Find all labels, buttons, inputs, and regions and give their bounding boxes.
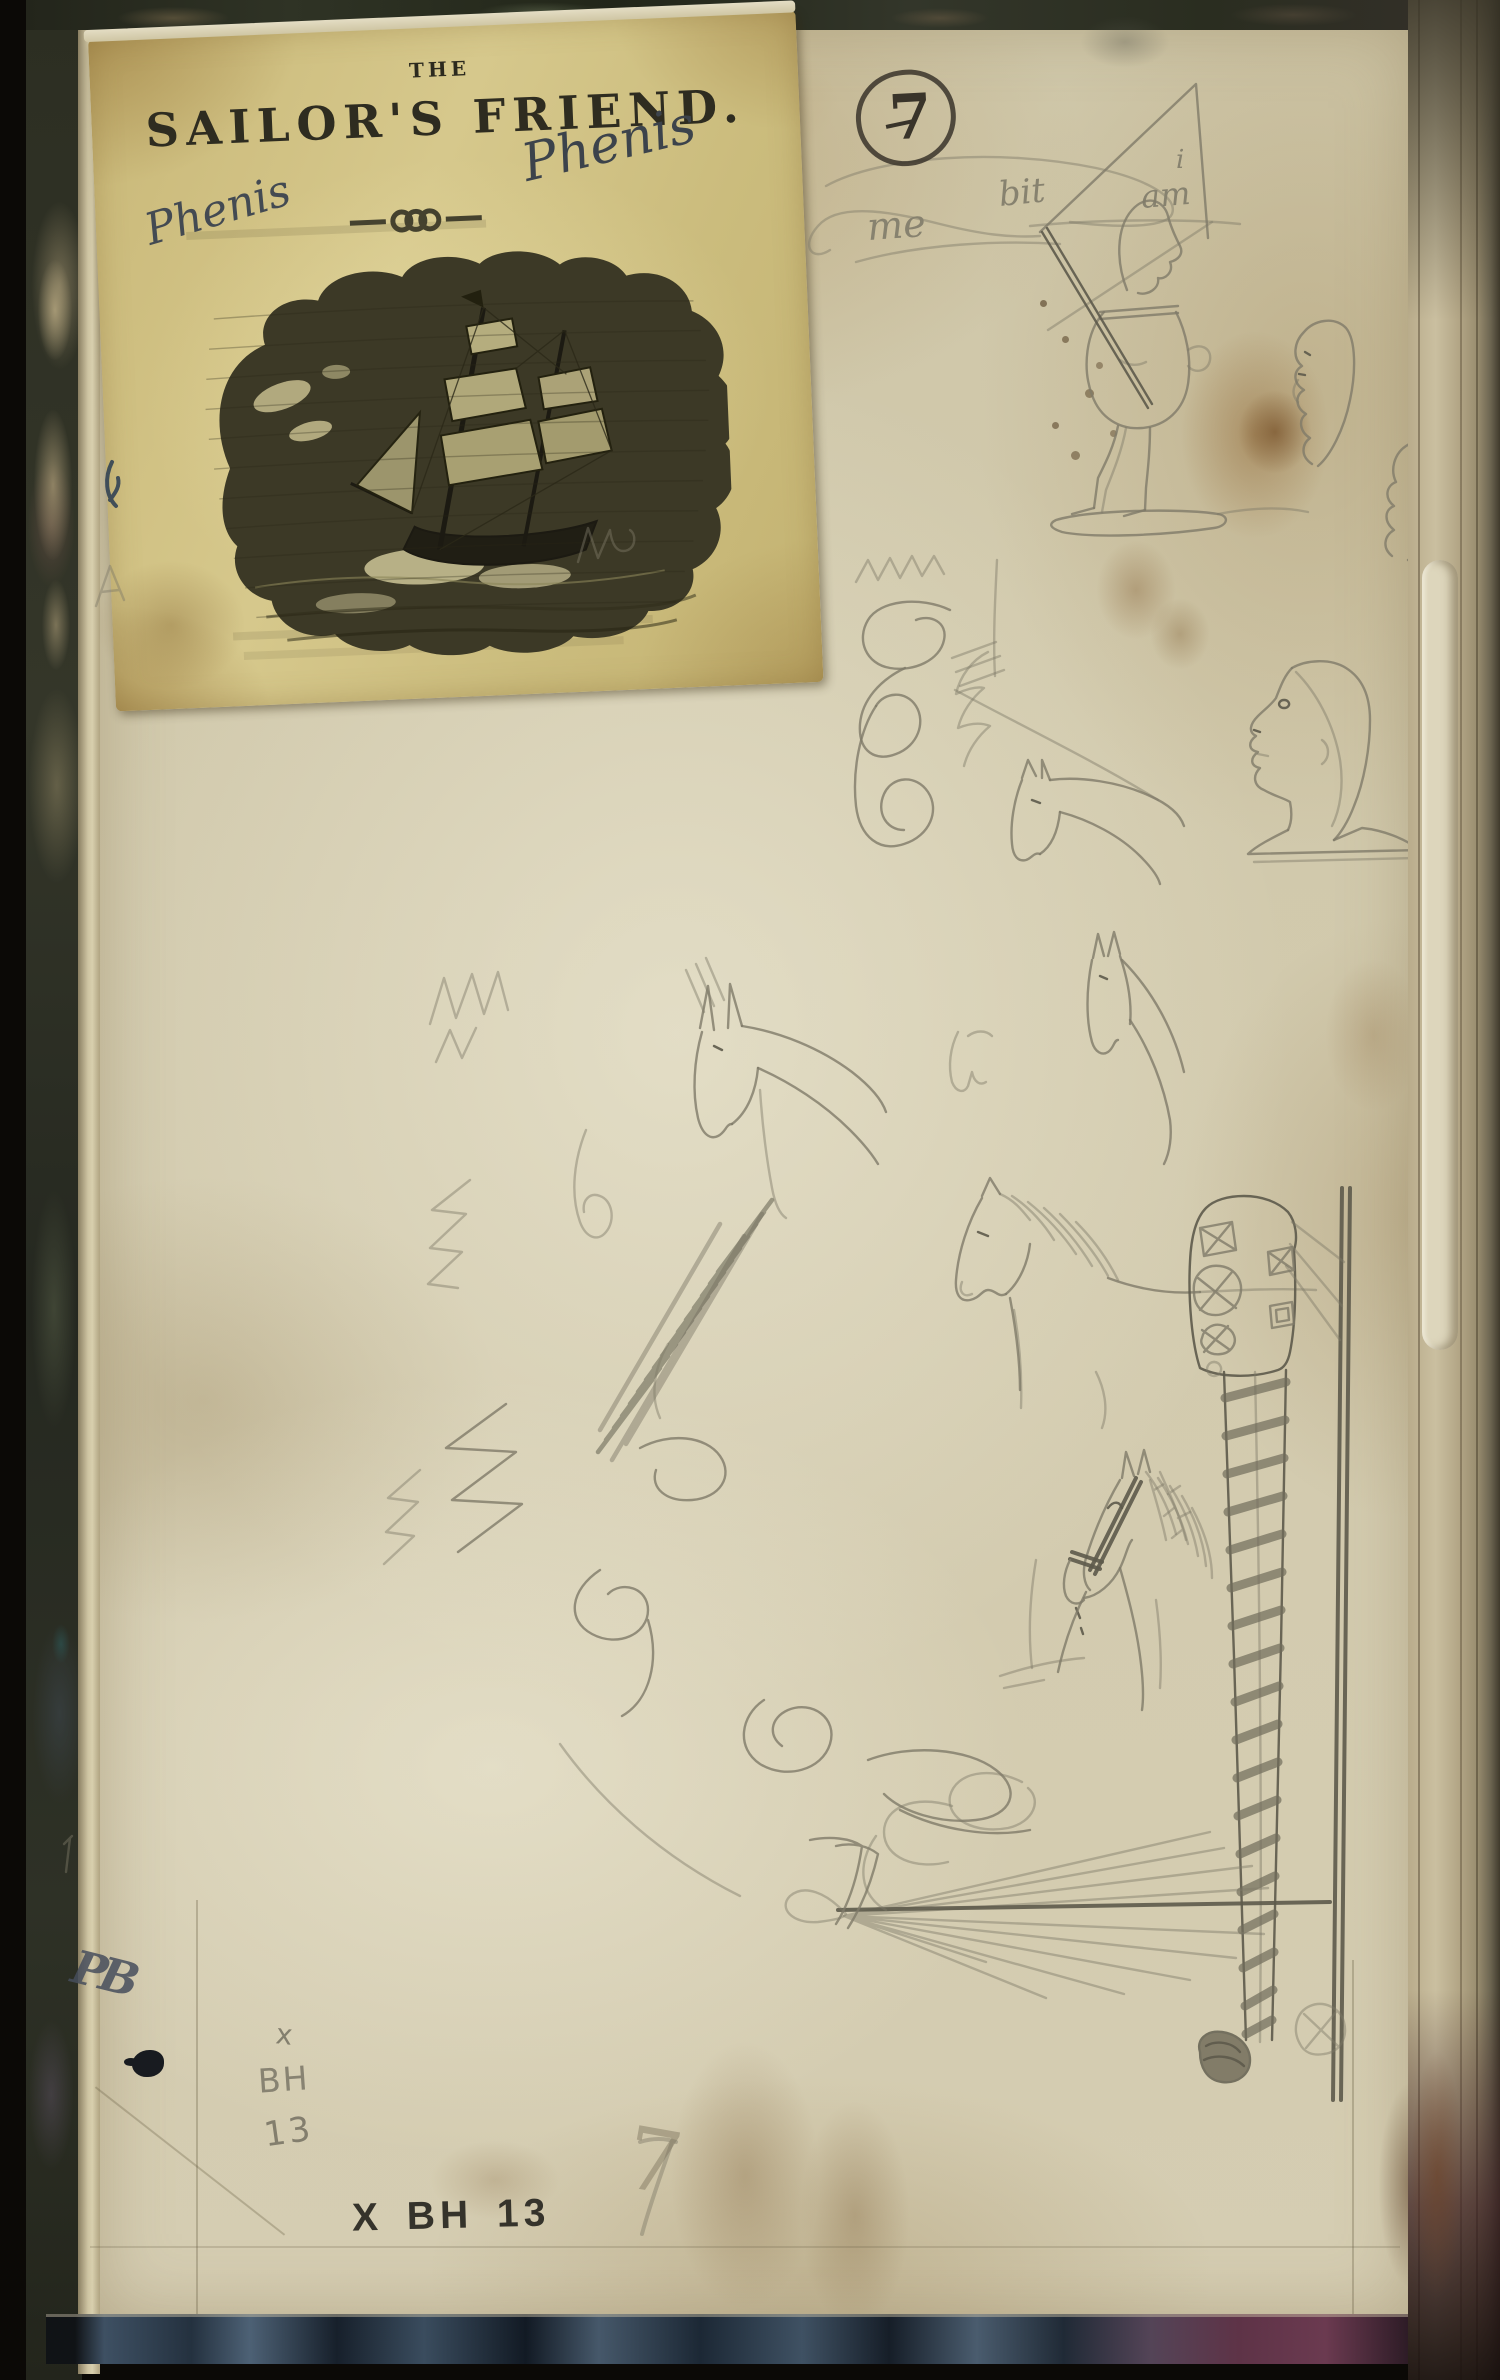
zigzag-marks: [64, 462, 944, 1872]
pencil-sketches-layer: bit me i am: [0, 0, 1500, 2380]
pencil-word-me: me: [866, 201, 927, 249]
pencil-shelfmark-x: x: [274, 2017, 294, 2052]
scribble-patch-dark: [598, 1200, 772, 1460]
profile-head-small-1: [1294, 321, 1355, 466]
bust-profile-right: [1248, 661, 1420, 862]
pencil-word-bit: bit: [997, 170, 1048, 215]
ink-blot: [132, 2050, 164, 2077]
pencil-word-i: i: [1176, 145, 1184, 175]
horse-head-left-mid: [686, 958, 886, 1218]
edge-shadow-top: [1408, 0, 1500, 320]
shelfmark-stamp: X BH 13: [351, 2191, 550, 2240]
book-inside-cover-photo: THE SAILOR'S FRIEND. Phenis Phenis: [0, 0, 1500, 2380]
pencil-shelfmark-13: 13: [261, 2109, 315, 2155]
edge-stain: [1410, 2050, 1464, 2300]
loop-scribbles-left: [855, 560, 1158, 846]
horse-head-bridled: [1000, 1450, 1212, 1710]
curled-page-edge: [1422, 560, 1458, 1350]
horse-head-top-right: [1088, 932, 1185, 1164]
signal-tower-sketch: [786, 1188, 1350, 2100]
standing-figure-sketch: [1042, 201, 1308, 536]
circled-number: 7: [887, 79, 934, 154]
tiny-sketch-mid: [950, 1032, 992, 1091]
ink-blot-tail: [124, 2058, 138, 2066]
horse-head-small-1: [1011, 760, 1184, 884]
torn-page-edges: [1408, 0, 1500, 2380]
marbled-bottom-edge: [46, 2314, 1500, 2364]
pencil-shelfmark-bh: BH: [257, 2058, 311, 2100]
